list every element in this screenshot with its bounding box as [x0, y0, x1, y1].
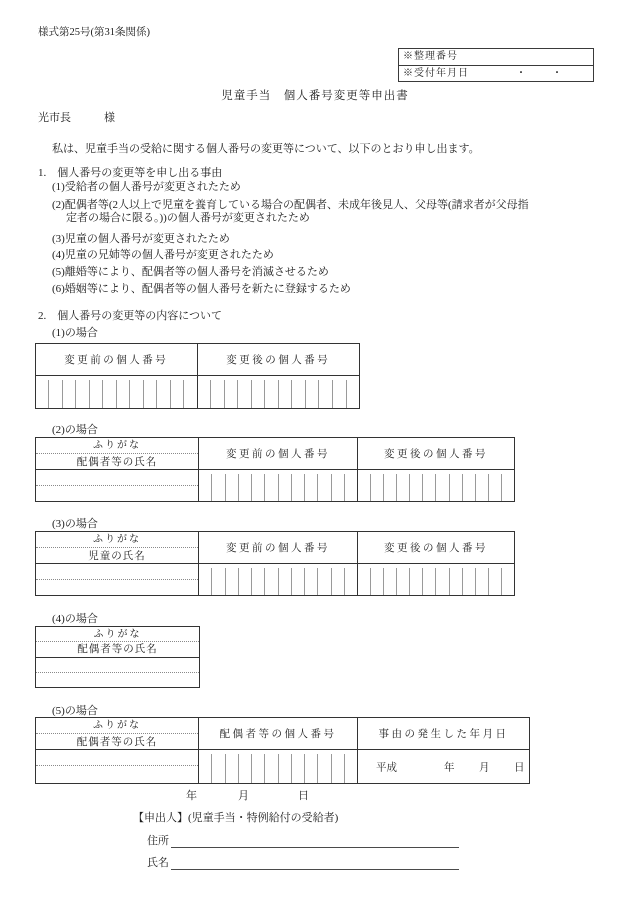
- digit-cell[interactable]: [384, 568, 397, 595]
- digit-cell[interactable]: [265, 754, 278, 783]
- digit-cell[interactable]: [212, 754, 225, 783]
- digit-cell[interactable]: [199, 568, 212, 595]
- case5-name-entry-row[interactable]: [36, 766, 198, 783]
- digit-cell[interactable]: [292, 568, 305, 595]
- case5-number-column: 配偶者等の個人番号: [199, 718, 358, 783]
- digit-cell[interactable]: [319, 380, 333, 408]
- addressee-line: 光市長様: [38, 109, 115, 125]
- case5-furigana-entry-row[interactable]: [36, 750, 198, 766]
- form-number: 様式第25号(第31条関係): [38, 24, 150, 39]
- case3-after-digit-strip[interactable]: [358, 568, 514, 595]
- applicant-name-row: 氏名: [147, 854, 459, 870]
- digit-cell[interactable]: [345, 474, 357, 501]
- digit-cell[interactable]: [49, 380, 62, 408]
- digit-cell[interactable]: [239, 474, 252, 501]
- digit-cell[interactable]: [318, 474, 331, 501]
- digit-cell[interactable]: [212, 474, 225, 501]
- case2-after-digit-row: [358, 470, 514, 501]
- digit-cell[interactable]: [199, 474, 212, 501]
- digit-cell[interactable]: [332, 474, 345, 501]
- digit-cell[interactable]: [265, 380, 279, 408]
- digit-cell[interactable]: [371, 568, 384, 595]
- digit-cell[interactable]: [211, 380, 225, 408]
- digit-cell[interactable]: [410, 568, 423, 595]
- digit-cell[interactable]: [347, 380, 360, 408]
- digit-cell[interactable]: [130, 380, 143, 408]
- case5-table: ふりがな 配偶者等の氏名 配偶者等の個人番号 事由の発生した年月日 平成 年 月…: [35, 717, 530, 784]
- digit-cell[interactable]: [306, 380, 320, 408]
- case3-before-digit-strip[interactable]: [199, 568, 357, 595]
- digit-cell[interactable]: [279, 474, 292, 501]
- digit-cell[interactable]: [450, 568, 463, 595]
- digit-cell[interactable]: [63, 380, 76, 408]
- case5-name-column: ふりがな 配偶者等の氏名: [36, 718, 199, 783]
- digit-cell[interactable]: [225, 380, 239, 408]
- digit-cell[interactable]: [199, 754, 212, 783]
- case2-name-column: ふりがな 配偶者等の氏名: [36, 438, 199, 501]
- digit-cell[interactable]: [305, 754, 318, 783]
- digit-cell[interactable]: [252, 568, 265, 595]
- submission-date-line[interactable]: 年 月 日: [0, 787, 630, 801]
- name-entry-line[interactable]: [171, 855, 459, 870]
- digit-cell[interactable]: [305, 474, 318, 501]
- section1-heading: 1. 個人番号の変更等を申し出る事由: [38, 164, 222, 180]
- case2-before-header: 変更前の個人番号: [199, 438, 357, 470]
- digit-cell[interactable]: [117, 380, 130, 408]
- digit-cell[interactable]: [318, 754, 331, 783]
- digit-cell[interactable]: [292, 380, 306, 408]
- reason-item-5: (5)離婚等により、配偶者等の個人番号を消滅させるため: [52, 266, 329, 279]
- date-day-label: 日: [298, 787, 309, 803]
- digit-cell[interactable]: [410, 474, 423, 501]
- digit-cell[interactable]: [279, 568, 292, 595]
- reason-item-6: (6)婚姻等により、配偶者等の個人番号を新たに登録するため: [52, 283, 351, 296]
- admin-row-uketsuke: ※受付年月日 ・ ・: [399, 65, 593, 81]
- case1-after-digit-strip[interactable]: [198, 380, 360, 408]
- case3-name-header: ふりがな 児童の氏名: [36, 532, 198, 564]
- case2-table: ふりがな 配偶者等の氏名 変更前の個人番号 変更後の個人番号: [35, 437, 515, 502]
- address-entry-line[interactable]: [171, 833, 459, 848]
- era-label: 平成: [376, 759, 397, 774]
- case5-digit-row: [199, 750, 357, 783]
- case1-before-digit-row: [36, 376, 197, 408]
- case5-name-entry[interactable]: [36, 750, 198, 783]
- addressee-honorific: 様: [104, 112, 115, 124]
- digit-cell[interactable]: [279, 754, 292, 783]
- digit-cell[interactable]: [144, 380, 157, 408]
- seiri-bango-label: ※整理番号: [403, 51, 458, 62]
- digit-cell[interactable]: [36, 380, 49, 408]
- digit-cell[interactable]: [332, 568, 345, 595]
- case3-after-header: 変更後の個人番号: [358, 532, 514, 564]
- case5-date-column: 事由の発生した年月日 平成 年 月 日: [358, 718, 529, 783]
- case3-name-entry[interactable]: [36, 564, 198, 595]
- digit-cell[interactable]: [226, 474, 239, 501]
- digit-cell[interactable]: [450, 474, 463, 501]
- uketsuke-date-dots: ・ ・: [516, 66, 564, 82]
- case3-before-header: 変更前の個人番号: [199, 532, 357, 564]
- name-label: 氏名: [147, 854, 169, 870]
- digit-cell[interactable]: [279, 380, 293, 408]
- case2-name-entry-row[interactable]: [36, 486, 198, 501]
- case5-date-header: 事由の発生した年月日: [358, 718, 529, 750]
- digit-cell[interactable]: [345, 568, 357, 595]
- case2-after-column: 変更後の個人番号: [358, 438, 514, 501]
- form-page: 様式第25号(第31条関係) ※整理番号 ※受付年月日 ・ ・ 児童手当 個人番…: [0, 0, 630, 903]
- case3-before-column: 変更前の個人番号: [199, 532, 358, 595]
- reason-item-3: (3)児童の個人番号が変更されたため: [52, 233, 230, 246]
- case2-name-header: ふりがな 配偶者等の氏名: [36, 438, 198, 470]
- case3-table: ふりがな 児童の氏名 変更前の個人番号 変更後の個人番号: [35, 531, 515, 596]
- digit-cell[interactable]: [345, 754, 357, 783]
- admin-row-seiri: ※整理番号: [399, 49, 593, 65]
- digit-cell[interactable]: [384, 474, 397, 501]
- case3-caption: (3)の場合: [52, 515, 98, 531]
- case5-era-date-entry[interactable]: 平成 年 月 日: [358, 750, 529, 783]
- case5-caption: (5)の場合: [52, 702, 98, 718]
- digit-cell[interactable]: [103, 380, 116, 408]
- digit-cell[interactable]: [436, 568, 449, 595]
- date-month-label: 月: [238, 787, 249, 803]
- case2-name-label: 配偶者等の氏名: [36, 454, 198, 469]
- reason-item-1: (1)受給者の個人番号が変更されたため: [52, 181, 241, 194]
- digit-cell[interactable]: [239, 754, 252, 783]
- digit-cell[interactable]: [226, 754, 239, 783]
- case5-name-label: 配偶者等の氏名: [36, 734, 198, 749]
- case5-number-header: 配偶者等の個人番号: [199, 718, 357, 750]
- digit-cell[interactable]: [76, 380, 89, 408]
- case3-furigana-label: ふりがな: [36, 532, 198, 548]
- case3-furigana-entry-row[interactable]: [36, 564, 198, 580]
- applicant-heading: 【申出人】(児童手当・特例給付の受給者): [133, 809, 338, 825]
- case2-furigana-entry-row[interactable]: [36, 470, 198, 486]
- case5-name-header: ふりがな 配偶者等の氏名: [36, 718, 198, 750]
- uketsuke-label: ※受付年月日: [403, 68, 469, 79]
- digit-cell[interactable]: [252, 474, 265, 501]
- case2-before-digit-strip[interactable]: [199, 474, 357, 501]
- case3-after-column: 変更後の個人番号: [358, 532, 514, 595]
- digit-cell[interactable]: [252, 754, 265, 783]
- case1-after-header: 変更後の個人番号: [198, 344, 360, 376]
- case1-after-digit-row: [198, 376, 360, 408]
- digit-cell[interactable]: [502, 474, 514, 501]
- case5-digit-strip[interactable]: [199, 754, 357, 783]
- digit-cell[interactable]: [212, 568, 225, 595]
- section2-heading: 2. 個人番号の変更等の内容について: [38, 307, 222, 323]
- reason-item-4: (4)児童の兄姉等の個人番号が変更されたため: [52, 249, 274, 262]
- reason-item-2: (2)配偶者等(2人以上で児童を養育している場合の配偶者、未成年後見人、父母等(…: [52, 199, 604, 225]
- digit-cell[interactable]: [423, 474, 436, 501]
- digit-cell[interactable]: [333, 380, 347, 408]
- case4-furigana-entry-row[interactable]: [36, 658, 199, 673]
- digit-cell[interactable]: [332, 754, 345, 783]
- applicant-address-row: 住所: [147, 832, 459, 848]
- case2-caption: (2)の場合: [52, 421, 98, 437]
- case2-after-header: 変更後の個人番号: [358, 438, 514, 470]
- digit-cell[interactable]: [358, 474, 371, 501]
- digit-cell[interactable]: [397, 568, 410, 595]
- case3-name-label: 児童の氏名: [36, 548, 198, 563]
- case2-after-digit-strip[interactable]: [358, 474, 514, 501]
- case3-name-column: ふりがな 児童の氏名: [36, 532, 199, 595]
- intro-statement: 私は、児童手当の受給に関する個人番号の変更等について、以下のとおり申し出ます。: [52, 140, 480, 156]
- digit-cell[interactable]: [305, 568, 318, 595]
- digit-cell[interactable]: [423, 568, 436, 595]
- digit-cell[interactable]: [476, 474, 489, 501]
- digit-cell[interactable]: [436, 474, 449, 501]
- addressee-name: 光市長: [38, 112, 71, 124]
- case3-before-digit-row: [199, 564, 357, 595]
- digit-cell[interactable]: [292, 474, 305, 501]
- digit-cell[interactable]: [226, 568, 239, 595]
- case2-furigana-label: ふりがな: [36, 438, 198, 454]
- digit-cell[interactable]: [463, 474, 476, 501]
- digit-cell[interactable]: [90, 380, 103, 408]
- case1-before-header: 変更前の個人番号: [36, 344, 197, 376]
- digit-cell[interactable]: [463, 568, 476, 595]
- digit-cell[interactable]: [265, 474, 278, 501]
- case2-before-column: 変更前の個人番号: [199, 438, 358, 501]
- case5-furigana-label: ふりがな: [36, 718, 198, 734]
- case4-caption: (4)の場合: [52, 610, 98, 626]
- admin-box: ※整理番号 ※受付年月日 ・ ・: [398, 48, 594, 82]
- digit-cell[interactable]: [502, 568, 514, 595]
- digit-cell[interactable]: [171, 380, 184, 408]
- address-label: 住所: [147, 832, 169, 848]
- case4-name-entry-row[interactable]: [36, 673, 199, 687]
- digit-cell[interactable]: [318, 568, 331, 595]
- digit-cell[interactable]: [184, 380, 196, 408]
- case3-after-digit-row: [358, 564, 514, 595]
- digit-cell[interactable]: [397, 474, 410, 501]
- digit-cell[interactable]: [198, 380, 212, 408]
- case4-furigana-label: ふりがな: [36, 627, 199, 642]
- case4-name-label: 配偶者等の氏名: [36, 642, 199, 658]
- case4-table: ふりがな 配偶者等の氏名: [35, 626, 200, 688]
- digit-cell[interactable]: [265, 568, 278, 595]
- case1-caption: (1)の場合: [52, 324, 98, 340]
- digit-cell[interactable]: [239, 568, 252, 595]
- case1-before-digit-strip[interactable]: [36, 380, 197, 408]
- digit-cell[interactable]: [476, 568, 489, 595]
- digit-cell[interactable]: [371, 474, 384, 501]
- digit-cell[interactable]: [489, 474, 502, 501]
- digit-cell[interactable]: [238, 380, 252, 408]
- case1-table: 変更前の個人番号 変更後の個人番号: [35, 343, 360, 409]
- case3-name-entry-row[interactable]: [36, 580, 198, 595]
- date-year-label: 年: [186, 787, 197, 803]
- document-title: 児童手当 個人番号変更等申出書: [0, 87, 630, 103]
- digit-cell[interactable]: [292, 754, 305, 783]
- case1-before-column: 変更前の個人番号: [36, 344, 198, 408]
- digit-cell[interactable]: [358, 568, 371, 595]
- era-year-label: 年: [444, 759, 455, 774]
- digit-cell[interactable]: [489, 568, 502, 595]
- digit-cell[interactable]: [252, 380, 266, 408]
- digit-cell[interactable]: [157, 380, 170, 408]
- era-day-label: 日: [514, 759, 525, 774]
- era-month-label: 月: [479, 759, 490, 774]
- case1-after-column: 変更後の個人番号: [198, 344, 360, 408]
- case2-before-digit-row: [199, 470, 357, 501]
- case2-name-entry[interactable]: [36, 470, 198, 501]
